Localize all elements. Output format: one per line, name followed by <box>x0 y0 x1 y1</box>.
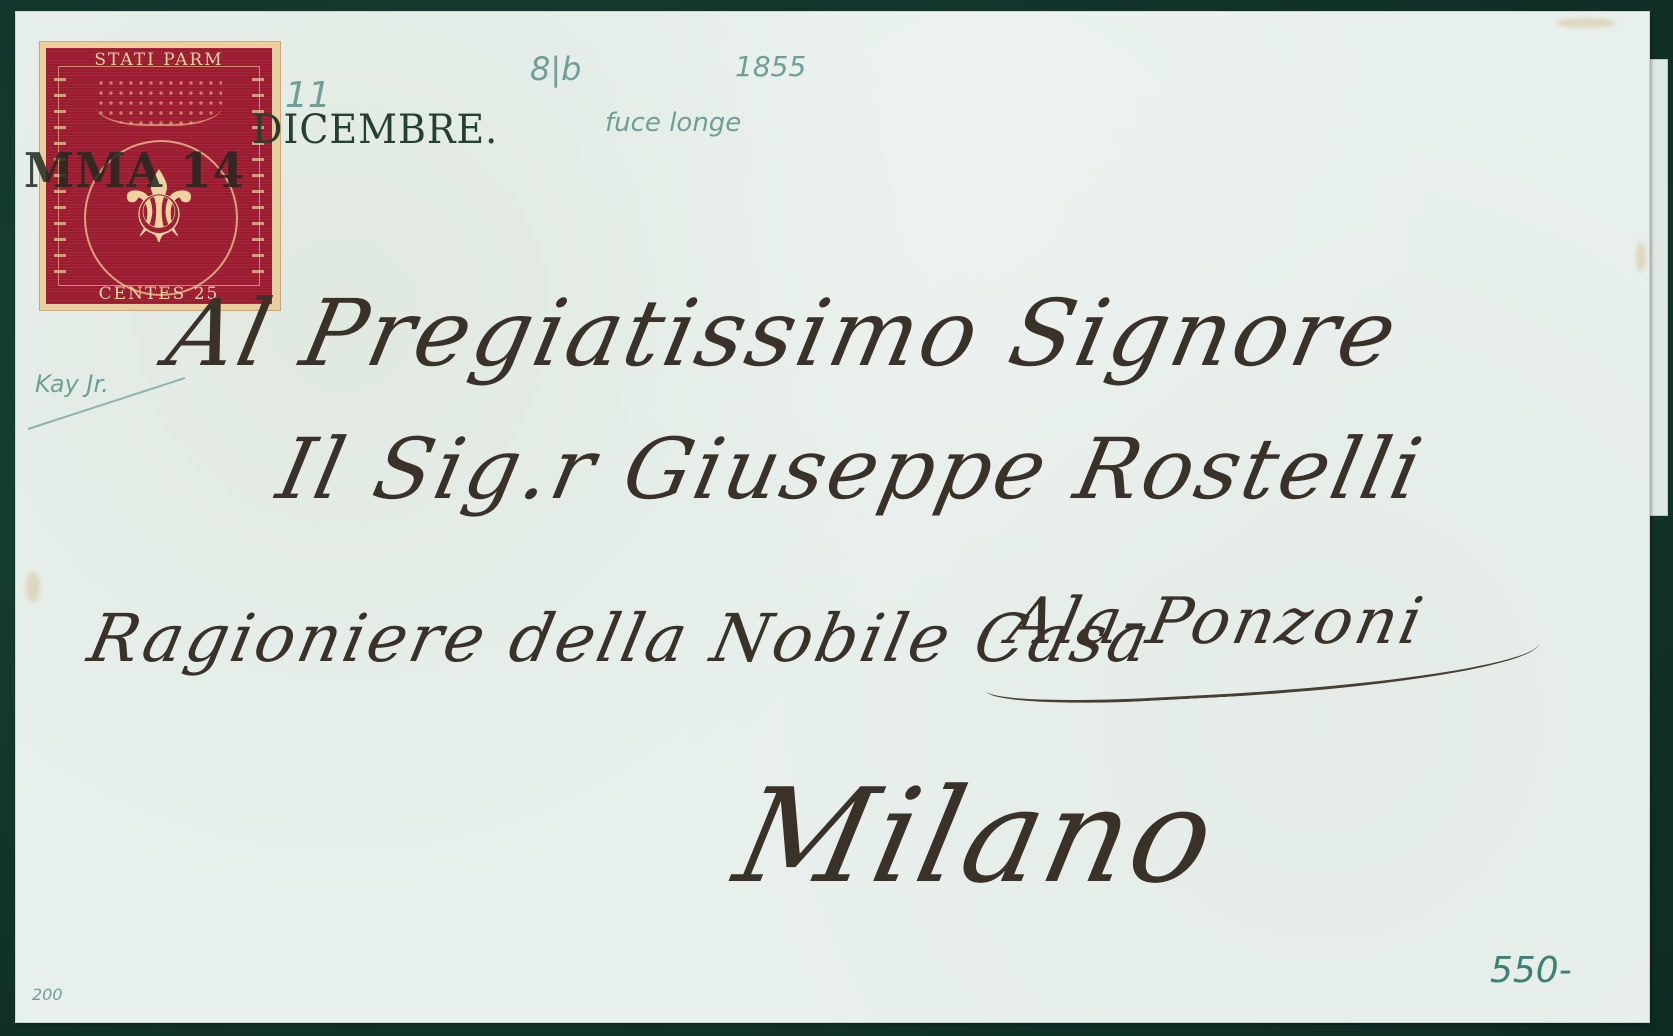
address-city: Milano <box>724 760 1230 912</box>
pencil-number: 200 <box>32 985 63 1004</box>
pencil-catalog-ref: 8|b <box>530 50 581 88</box>
foxing-spot <box>1556 18 1616 28</box>
stamp-top-text: STATI PARM <box>46 50 272 70</box>
pencil-price: 550- <box>1490 950 1572 991</box>
address-line-2: Il Sig.r Giuseppe Rostelli <box>270 420 1433 518</box>
pencil-signature: Kay Jr. <box>35 370 109 398</box>
foxing-spot <box>26 572 40 602</box>
postmark-date: MMA 14 <box>24 143 245 199</box>
pencil-mark-top: 11 <box>285 75 331 116</box>
pencil-year: 1855 <box>735 50 806 83</box>
address-line-1: Al Pregiatissimo Signore <box>159 280 1409 387</box>
foxing-spot <box>1636 242 1646 272</box>
crown-icon <box>96 78 222 126</box>
pencil-note: fuce longe <box>605 108 741 138</box>
